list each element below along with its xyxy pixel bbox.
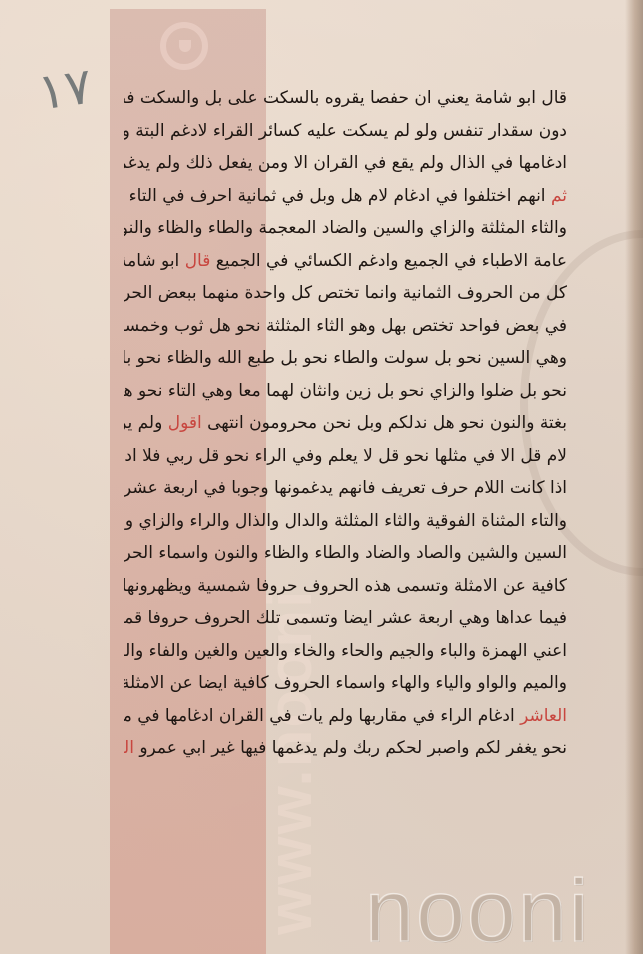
text-line: ثم انهم اختلفوا في ادغام لام هل وبل في ث…	[124, 180, 567, 213]
manuscript-text: قال ابو شامة يعني ان حفصا يقروه بالسكت ع…	[124, 82, 567, 765]
text-line: اعني الهمزة والباء والجيم والحاء والخاء …	[124, 635, 567, 668]
rubric-word: النوع الحادي عشر	[124, 738, 134, 758]
watermark-bottom-text: nooni	[365, 860, 590, 954]
text-line: السين والشين والصاد والضاد والطاء والظاء…	[124, 537, 567, 570]
text-line: ادغامها في الذال ولم يقع في القران الا و…	[124, 147, 567, 180]
text-line: العاشر ادغام الراء في مقاربها ولم يات في…	[124, 700, 567, 733]
text-line: لام قل الا في مثلها نحو قل لا يعلم وفي ا…	[124, 440, 567, 473]
text-line: عامة الاطباء في الجميع وادغم الكسائي في …	[124, 245, 567, 278]
watermark-logo-dot-icon	[179, 40, 191, 52]
rubric-word: ثم	[551, 186, 567, 206]
text-line: نحو بل ضلوا والزاي نحو بل زين وانثان لهم…	[124, 375, 567, 408]
text-line: والميم والواو والياء والهاء واسماء الحرو…	[124, 667, 567, 700]
page-edge-shadow	[625, 0, 643, 954]
rubric-word: اقول	[168, 413, 202, 433]
text-line: وهي السين نحو بل سولت والطاء نحو بل طبع …	[124, 342, 567, 375]
text-line: اذا كانت اللام حرف تعريف فانهم يدغمونها …	[124, 472, 567, 505]
text-line: في بعض فواحد تختص بهل وهو الثاء المثلثة …	[124, 310, 567, 343]
text-line: فيما عداها وهي اربعة عشر ايضا وتسمى تلك …	[124, 602, 567, 635]
rubric-word: العاشر	[520, 706, 567, 726]
text-line: نحو يغفر لكم واصبر لحكم ربك ولم يدغمها ف…	[124, 732, 567, 765]
text-line: والثاء المثلثة والزاي والسين والضاد المع…	[124, 212, 567, 245]
text-line: بغتة والنون نحو هل ندلكم وبل نحن محرومون…	[124, 407, 567, 440]
text-line: كل من الحروف الثمانية وانما تختص كل واحد…	[124, 277, 567, 310]
text-line: والتاء المثناة الفوقية والثاء المثلثة وا…	[124, 505, 567, 538]
text-line: دون سقدار تنفس ولو لم يسكت عليه كسائر ال…	[124, 115, 567, 148]
text-line: كافية عن الامثلة وتسمى هذه الحروف حروفا …	[124, 570, 567, 603]
rubric-word: قال	[185, 251, 211, 271]
text-line: قال ابو شامة يعني ان حفصا يقروه بالسكت ع…	[124, 82, 567, 115]
folio-number: ١٧	[34, 57, 95, 122]
